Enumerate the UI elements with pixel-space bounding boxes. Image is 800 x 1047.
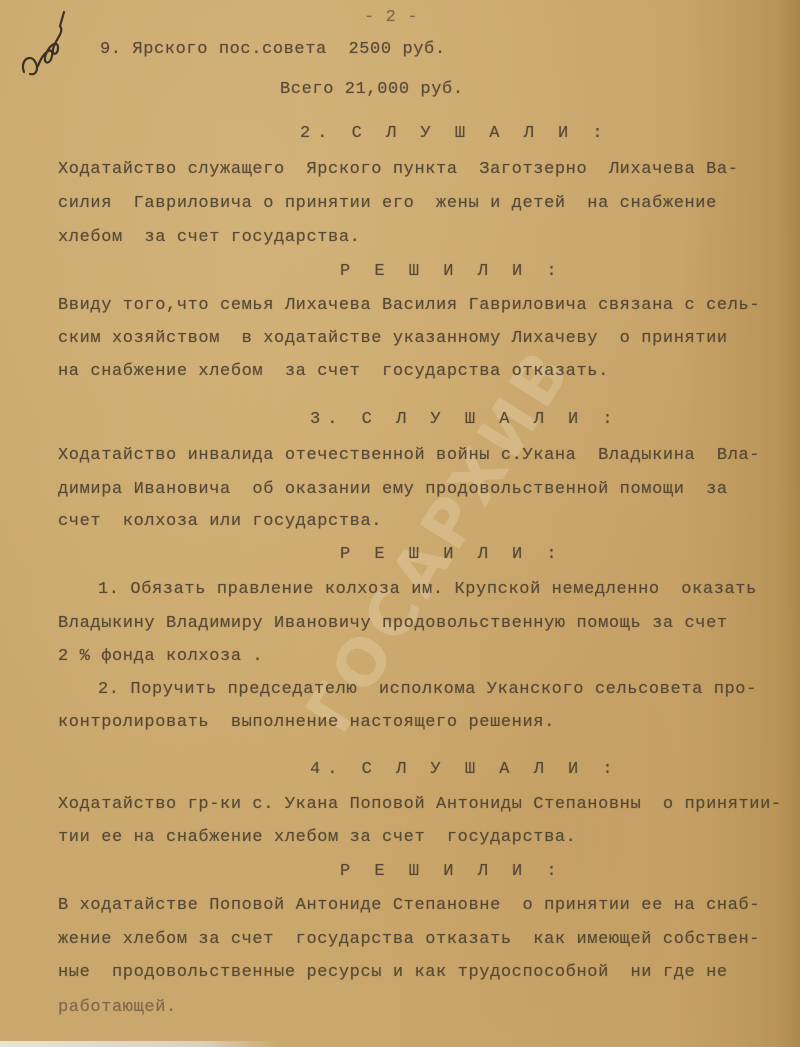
document-page: ГОСАРХИВ 285 - 2 - 9. Ярского пос.совета… — [0, 0, 800, 1047]
section-4-heard-line: тии ее на снабжение хлебом за счет госуд… — [58, 828, 576, 847]
section-4-decided-heading: Р Е Ш И Л И : — [340, 862, 564, 881]
section-3-decided-line: 1. Обязать правление колхоза им. Крупско… — [98, 580, 757, 599]
section-2-heard-heading: 2. С Л У Ш А Л И : — [300, 124, 610, 143]
section-4-decided-line: ные продовольственные ресурсы и как труд… — [58, 963, 728, 982]
section-3-heard-line: димира Ивановича об оказании ему продово… — [58, 480, 728, 499]
page-number: - 2 - — [364, 8, 418, 27]
section-4-decided-line: В ходатайстве Поповой Антониде Степановн… — [58, 896, 760, 915]
section-2-decided-heading: Р Е Ш И Л И : — [340, 262, 564, 281]
section-2-decided-line: ским хозяйством в ходатайстве указанному… — [58, 329, 728, 348]
section-4-heard-line: Ходатайство гр-ки с. Укана Поповой Антон… — [58, 795, 782, 814]
section-4-decided-line: работающей. — [58, 998, 177, 1017]
section-2-heard-line: силия Гавриловича о принятии его жены и … — [58, 194, 717, 213]
section-3-heard-line: счет колхоза или государства. — [58, 512, 382, 531]
section-3-decided-line: 2. Поручить председателю исполкома Уканс… — [98, 680, 757, 699]
budget-total: Всего 21,000 руб. — [280, 80, 464, 99]
scan-edge — [0, 1041, 800, 1047]
budget-item-9: 9. Ярского пос.совета 2500 руб. — [100, 40, 446, 59]
section-3-decided-line: 2 % фонда колхоза . — [58, 647, 263, 666]
section-4-decided-line: жение хлебом за счет государства отказат… — [58, 930, 760, 949]
section-3-heard-heading: 3. С Л У Ш А Л И : — [310, 410, 620, 429]
section-3-decided-heading: Р Е Ш И Л И : — [340, 545, 564, 564]
handwritten-folio-number: 285 — [18, 10, 74, 80]
section-3-decided-line: Владыкину Владимиру Ивановичу продовольс… — [58, 614, 728, 633]
section-2-decided-line: на снабжение хлебом за счет государства … — [58, 362, 609, 381]
section-4-heard-heading: 4. С Л У Ш А Л И : — [310, 760, 620, 779]
section-3-decided-line: контролировать выполнение настоящего реш… — [58, 713, 555, 732]
section-2-decided-line: Ввиду того,что семья Лихачева Василия Га… — [58, 296, 760, 315]
section-2-heard-line: Ходатайство служащего Ярского пункта Заг… — [58, 160, 739, 179]
section-2-heard-line: хлебом за счет государства. — [58, 228, 360, 247]
section-3-heard-line: Ходатайство инвалида отечественной войны… — [58, 446, 760, 465]
